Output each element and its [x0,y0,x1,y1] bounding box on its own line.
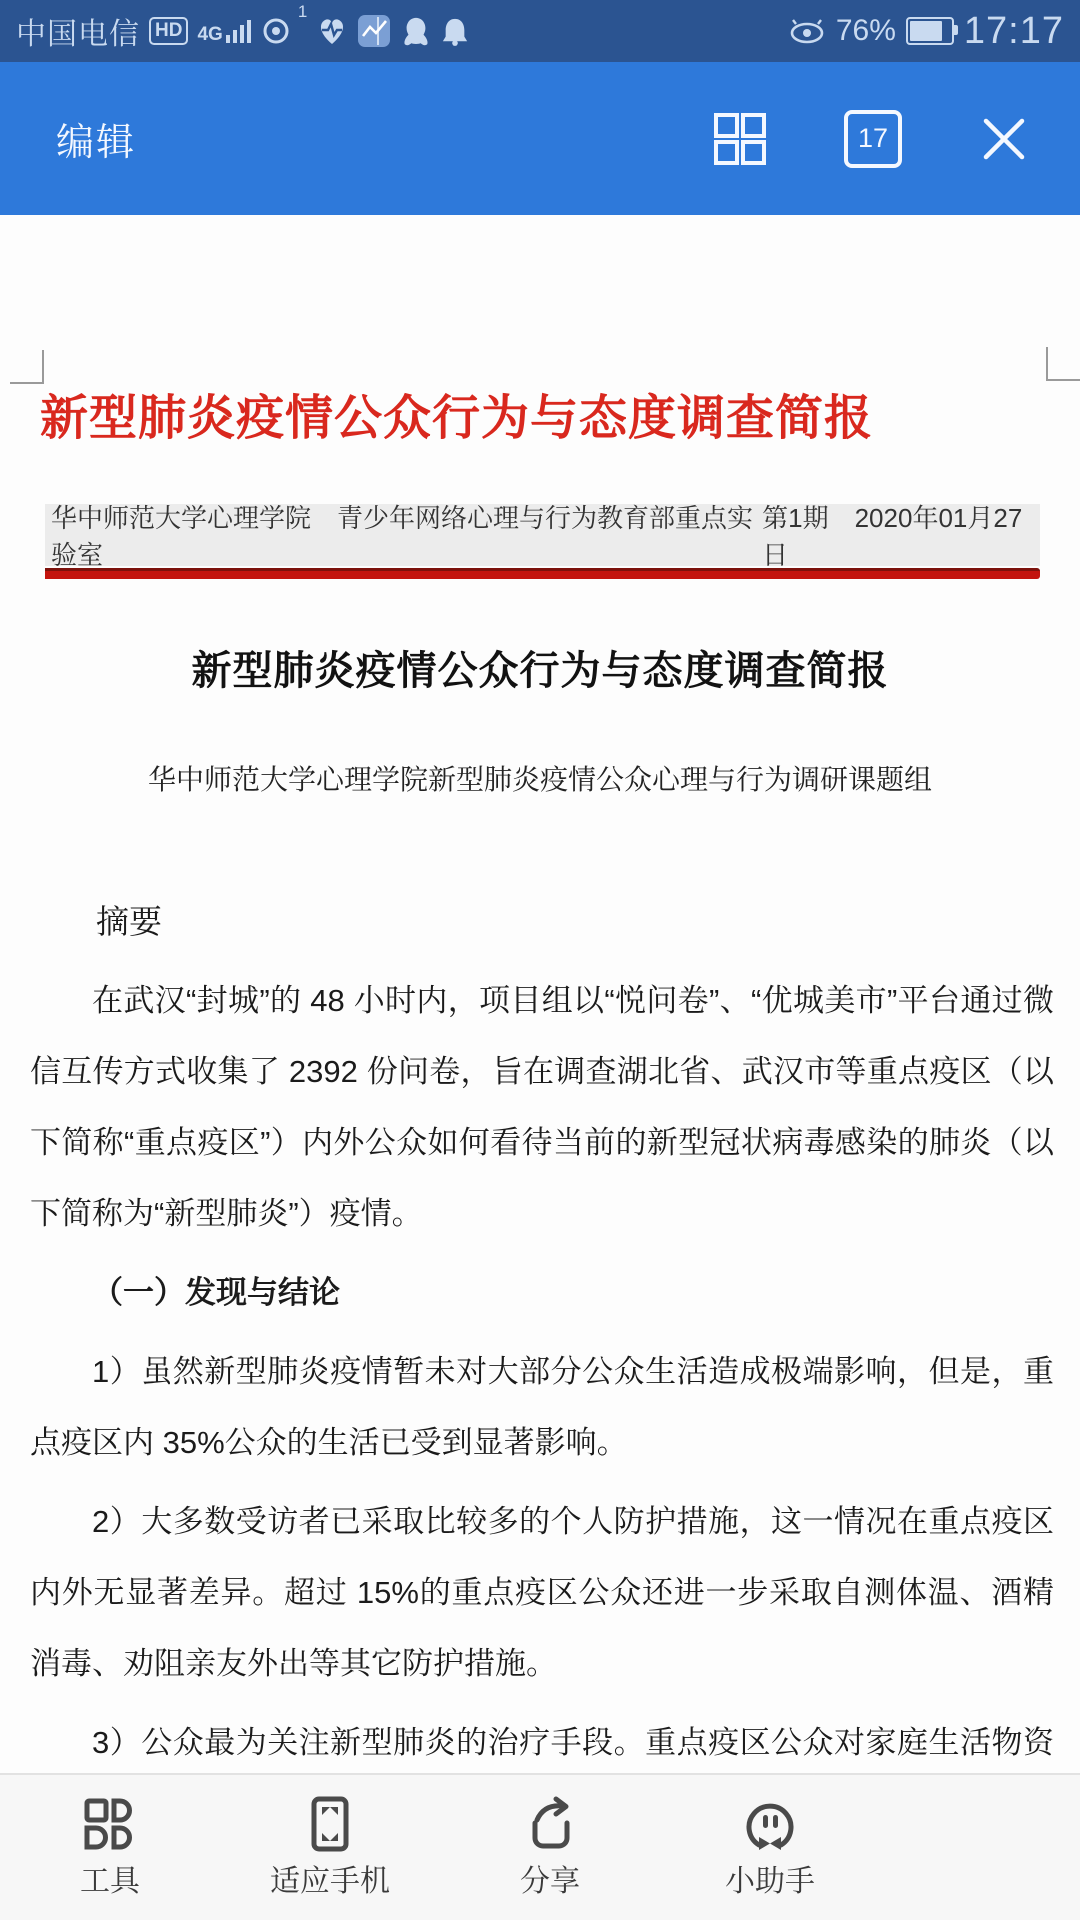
section-heading: （一）发现与结论 [30,1257,1054,1328]
hd-badge-icon: HD [149,17,188,45]
grid-icon [712,111,768,167]
page-margin-mark-right [1046,347,1080,381]
finding-item: 3）公众最为关注新型肺炎的治疗手段。重点疫区公众对家庭生活物资供应的关切较为突出… [30,1707,1054,1773]
toolbar-actions: 17 [712,110,1030,168]
view-grid-button[interactable] [712,111,768,167]
battery-percent: 76% [836,14,896,48]
edit-mode-button[interactable]: 编辑 [56,111,136,166]
assistant-label: 小助手 [725,1856,815,1900]
document-title: 新型肺炎疫情公众行为与态度调查简报 [0,639,1080,696]
fit-to-phone-label: 适应手机 [270,1856,390,1900]
status-bar: 中国电信 HD 4G 1 [0,0,1080,62]
phone-screen: 中国电信 HD 4G 1 [0,0,1080,1920]
signal-strength-icon: 4G [197,18,251,44]
signal-bars-icon [226,18,252,44]
bottom-toolbar: 工具 适应手机 分享 [0,1773,1080,1920]
hotspot-count: 1 [298,2,307,22]
assistant-button[interactable]: 小助手 [660,1796,880,1900]
fit-to-phone-button[interactable]: 适应手机 [220,1796,440,1900]
close-button[interactable] [978,113,1030,165]
fit-to-phone-icon [302,1796,358,1852]
share-button[interactable]: 分享 [440,1796,660,1900]
app-toolbar: 编辑 17 [0,62,1080,215]
abstract-label: 摘要 [30,886,1054,957]
masthead-org: 华中师范大学心理学院 青少年网络心理与行为教育部重点实验室 [51,498,762,572]
finding-item: 1）虽然新型肺炎疫情暂未对大部分公众生活造成极端影响，但是，重点疫区内 35%公… [30,1336,1054,1478]
document-page[interactable]: 新型肺炎疫情公众行为与态度调查简报 华中师范大学心理学院 青少年网络心理与行为教… [0,215,1080,1773]
masthead-title: 新型肺炎疫情公众行为与态度调查简报 [40,391,1080,446]
health-heart-icon [316,16,348,46]
page-margin-mark-left [10,350,44,384]
battery-icon [906,17,954,45]
status-bar-right: 76% 17:17 [788,10,1064,53]
open-documents-button[interactable]: 17 [844,110,902,168]
carrier-label: 中国电信 [16,9,140,53]
tools-button[interactable]: 工具 [0,1796,220,1900]
open-documents-count: 17 [858,123,888,154]
qq-penguin-icon [400,15,432,47]
share-icon [522,1796,578,1852]
document-body: 摘要 在武汉“封城”的 48 小时内，项目组以“悦问卷”、“优城美市”平台通过微… [30,886,1054,1773]
document-byline: 华中师范大学心理学院新型肺炎疫情公众心理与行为调研课题组 [0,758,1080,798]
clock: 17:17 [964,10,1064,53]
finding-item: 2）大多数受访者已采取比较多的个人防护措施，这一情况在重点疫区内外无显著差异。超… [30,1486,1054,1699]
assistant-icon [742,1796,798,1852]
masthead-bar: 华中师范大学心理学院 青少年网络心理与行为教育部重点实验室 第1期 2020年0… [45,504,1040,566]
close-icon [978,113,1030,165]
eye-comfort-icon [788,17,826,45]
stocks-app-icon [357,14,391,48]
masthead-issue-date: 第1期 2020年01月27日 [762,498,1032,572]
abstract-paragraph: 在武汉“封城”的 48 小时内，项目组以“悦问卷”、“优城美市”平台通过微信互传… [30,965,1054,1249]
share-label: 分享 [520,1856,580,1900]
tools-grid-icon [82,1796,138,1852]
notification-bell-icon [441,16,469,46]
tools-label: 工具 [80,1856,140,1900]
hotspot-icon [261,16,291,46]
